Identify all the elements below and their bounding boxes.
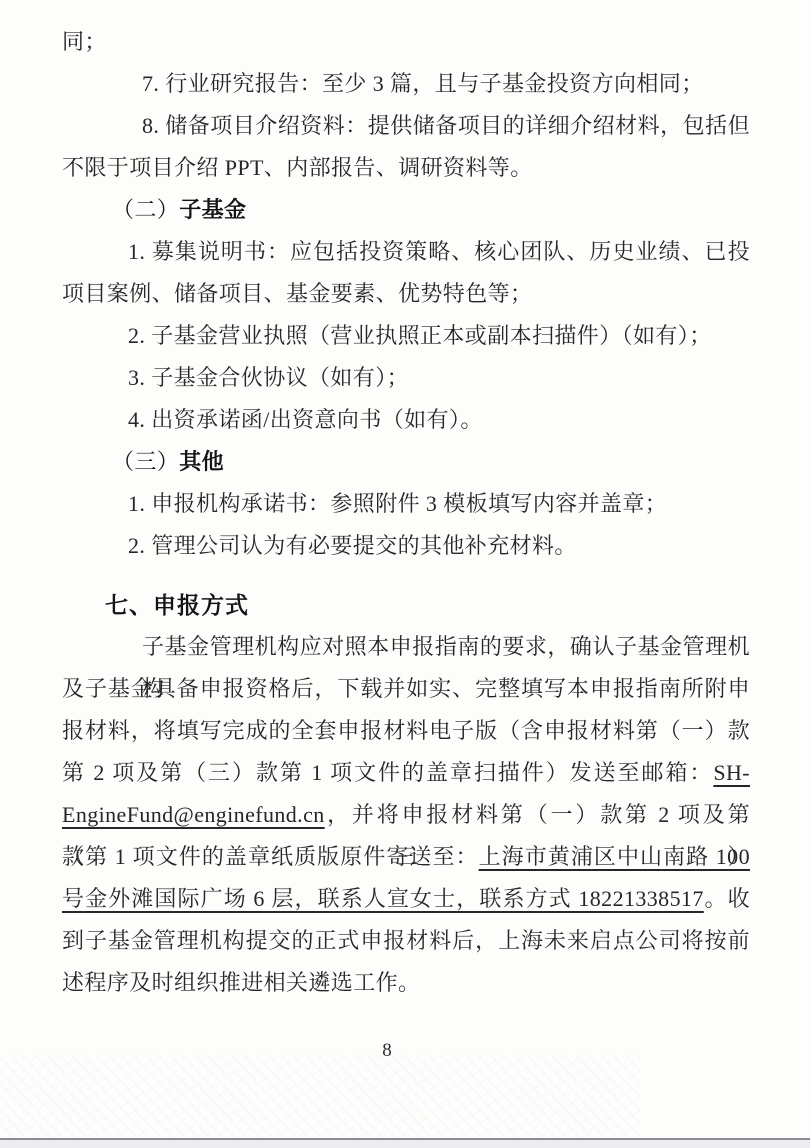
text-line: 3. 子基金合伙协议（如有）；	[62, 357, 750, 399]
document-page: 同；7. 行业研究报告：至少 3 篇，且与子基金投资方向相同；8. 储备项目介绍…	[0, 0, 810, 1148]
text-line: 及子基金具备申报资格后，下载并如实、完整填写本申报指南所附申	[62, 668, 750, 710]
text-line: 1. 申报机构承诺书：参照附件 3 模板填写内容并盖章；	[62, 483, 750, 525]
text-segment: 到子基金管理机构提交的正式申报材料后，上海未来启点公司将按前	[62, 928, 750, 953]
text-segment: 3. 子基金合伙协议（如有）；	[128, 365, 409, 390]
text-line: 号金外滩国际广场 6 层，联系人宣女士，联系方式 18221338517。收	[62, 878, 750, 920]
text-line: EngineFund@enginefund.cn，并将申报材料第（一）款第 2 …	[62, 794, 750, 836]
text-line: （三）其他	[62, 441, 750, 483]
text-segment: 其他	[179, 449, 224, 474]
text-segment: 款第 1 项文件的盖章纸质版原件寄送至：	[62, 844, 479, 869]
text-line: 项目案例、储备项目、基金要素、优势特色等；	[62, 273, 750, 315]
text-segment: 4. 出资承诺函/出资意向书（如有）。	[128, 407, 483, 432]
text-line: 2. 管理公司认为有必要提交的其他补充材料。	[62, 525, 750, 567]
text-line: 子基金管理机构应对照本申报指南的要求，确认子基金管理机构	[62, 626, 750, 668]
text-line: 第 2 项及第（三）款第 1 项文件的盖章扫描件）发送至邮箱：SH-	[62, 752, 750, 794]
text-segment: 1. 募集说明书：应包括投资策略、核心团队、历史业绩、已投	[128, 239, 750, 264]
text-line: 4. 出资承诺函/出资意向书（如有）。	[62, 399, 750, 441]
text-segment: 述程序及时组织推进相关遴选工作。	[62, 970, 420, 995]
text-segment: 不限于项目介绍 PPT、内部报告、调研资料等。	[62, 155, 533, 180]
text-line: （二）子基金	[62, 189, 750, 231]
text-segment: 2. 管理公司认为有必要提交的其他补充材料。	[128, 533, 577, 558]
text-line: 不限于项目介绍 PPT、内部报告、调研资料等。	[62, 147, 750, 189]
text-line: 述程序及时组织推进相关遴选工作。	[62, 962, 750, 1004]
text-line: 报材料，将填写完成的全套申报材料电子版（含申报材料第（一）款	[62, 710, 750, 752]
text-segment: 同；	[62, 29, 107, 54]
text-line: 8. 储备项目介绍资料：提供储备项目的详细介绍材料，包括但	[62, 105, 750, 147]
underlined-text-segment: EngineFund@enginefund.cn	[62, 802, 325, 827]
underlined-text-segment: 号金外滩国际广场 6 层，联系人宣女士，联系方式 18221338517	[62, 886, 704, 911]
text-segment: （二）	[112, 197, 179, 222]
scan-edge-strip	[0, 1140, 810, 1148]
text-line: 7. 行业研究报告：至少 3 篇，且与子基金投资方向相同；	[62, 63, 750, 105]
text-segment: （三）	[112, 449, 179, 474]
text-line: 款第 1 项文件的盖章纸质版原件寄送至：上海市黄浦区中山南路 100	[62, 836, 750, 878]
page-body: 同；7. 行业研究报告：至少 3 篇，且与子基金投资方向相同；8. 储备项目介绍…	[62, 21, 750, 1004]
scan-noise-artifact	[0, 1055, 640, 1138]
text-segment: 。收	[704, 886, 750, 911]
text-segment: 报材料，将填写完成的全套申报材料电子版（含申报材料第（一）款	[62, 718, 750, 743]
text-segment: 项目案例、储备项目、基金要素、优势特色等；	[62, 281, 532, 306]
text-line: 到子基金管理机构提交的正式申报材料后，上海未来启点公司将按前	[62, 920, 750, 962]
text-segment: 1. 申报机构承诺书：参照附件 3 模板填写内容并盖章；	[128, 491, 667, 516]
text-segment: 七、申报方式	[105, 592, 249, 618]
text-segment: 2. 子基金营业执照（营业执照正本或副本扫描件）（如有）；	[128, 323, 712, 348]
text-segment: 7. 行业研究报告：至少 3 篇，且与子基金投资方向相同；	[142, 71, 704, 96]
text-line: 1. 募集说明书：应包括投资策略、核心团队、历史业绩、已投	[62, 231, 750, 273]
text-line: 同；	[62, 21, 750, 63]
text-line: 2. 子基金营业执照（营业执照正本或副本扫描件）（如有）；	[62, 315, 750, 357]
underlined-text-segment: SH-	[713, 760, 750, 785]
underlined-text-segment: 上海市黄浦区中山南路 100	[479, 844, 750, 869]
text-line: 七、申报方式	[62, 584, 750, 626]
text-segment: 第 2 项及第（三）款第 1 项文件的盖章扫描件）发送至邮箱：	[62, 760, 713, 785]
text-segment: 8. 储备项目介绍资料：提供储备项目的详细介绍材料，包括但	[142, 113, 750, 138]
text-segment: 及子基金具备申报资格后，下载并如实、完整填写本申报指南所附申	[62, 676, 750, 701]
text-segment: 子基金	[179, 197, 246, 222]
